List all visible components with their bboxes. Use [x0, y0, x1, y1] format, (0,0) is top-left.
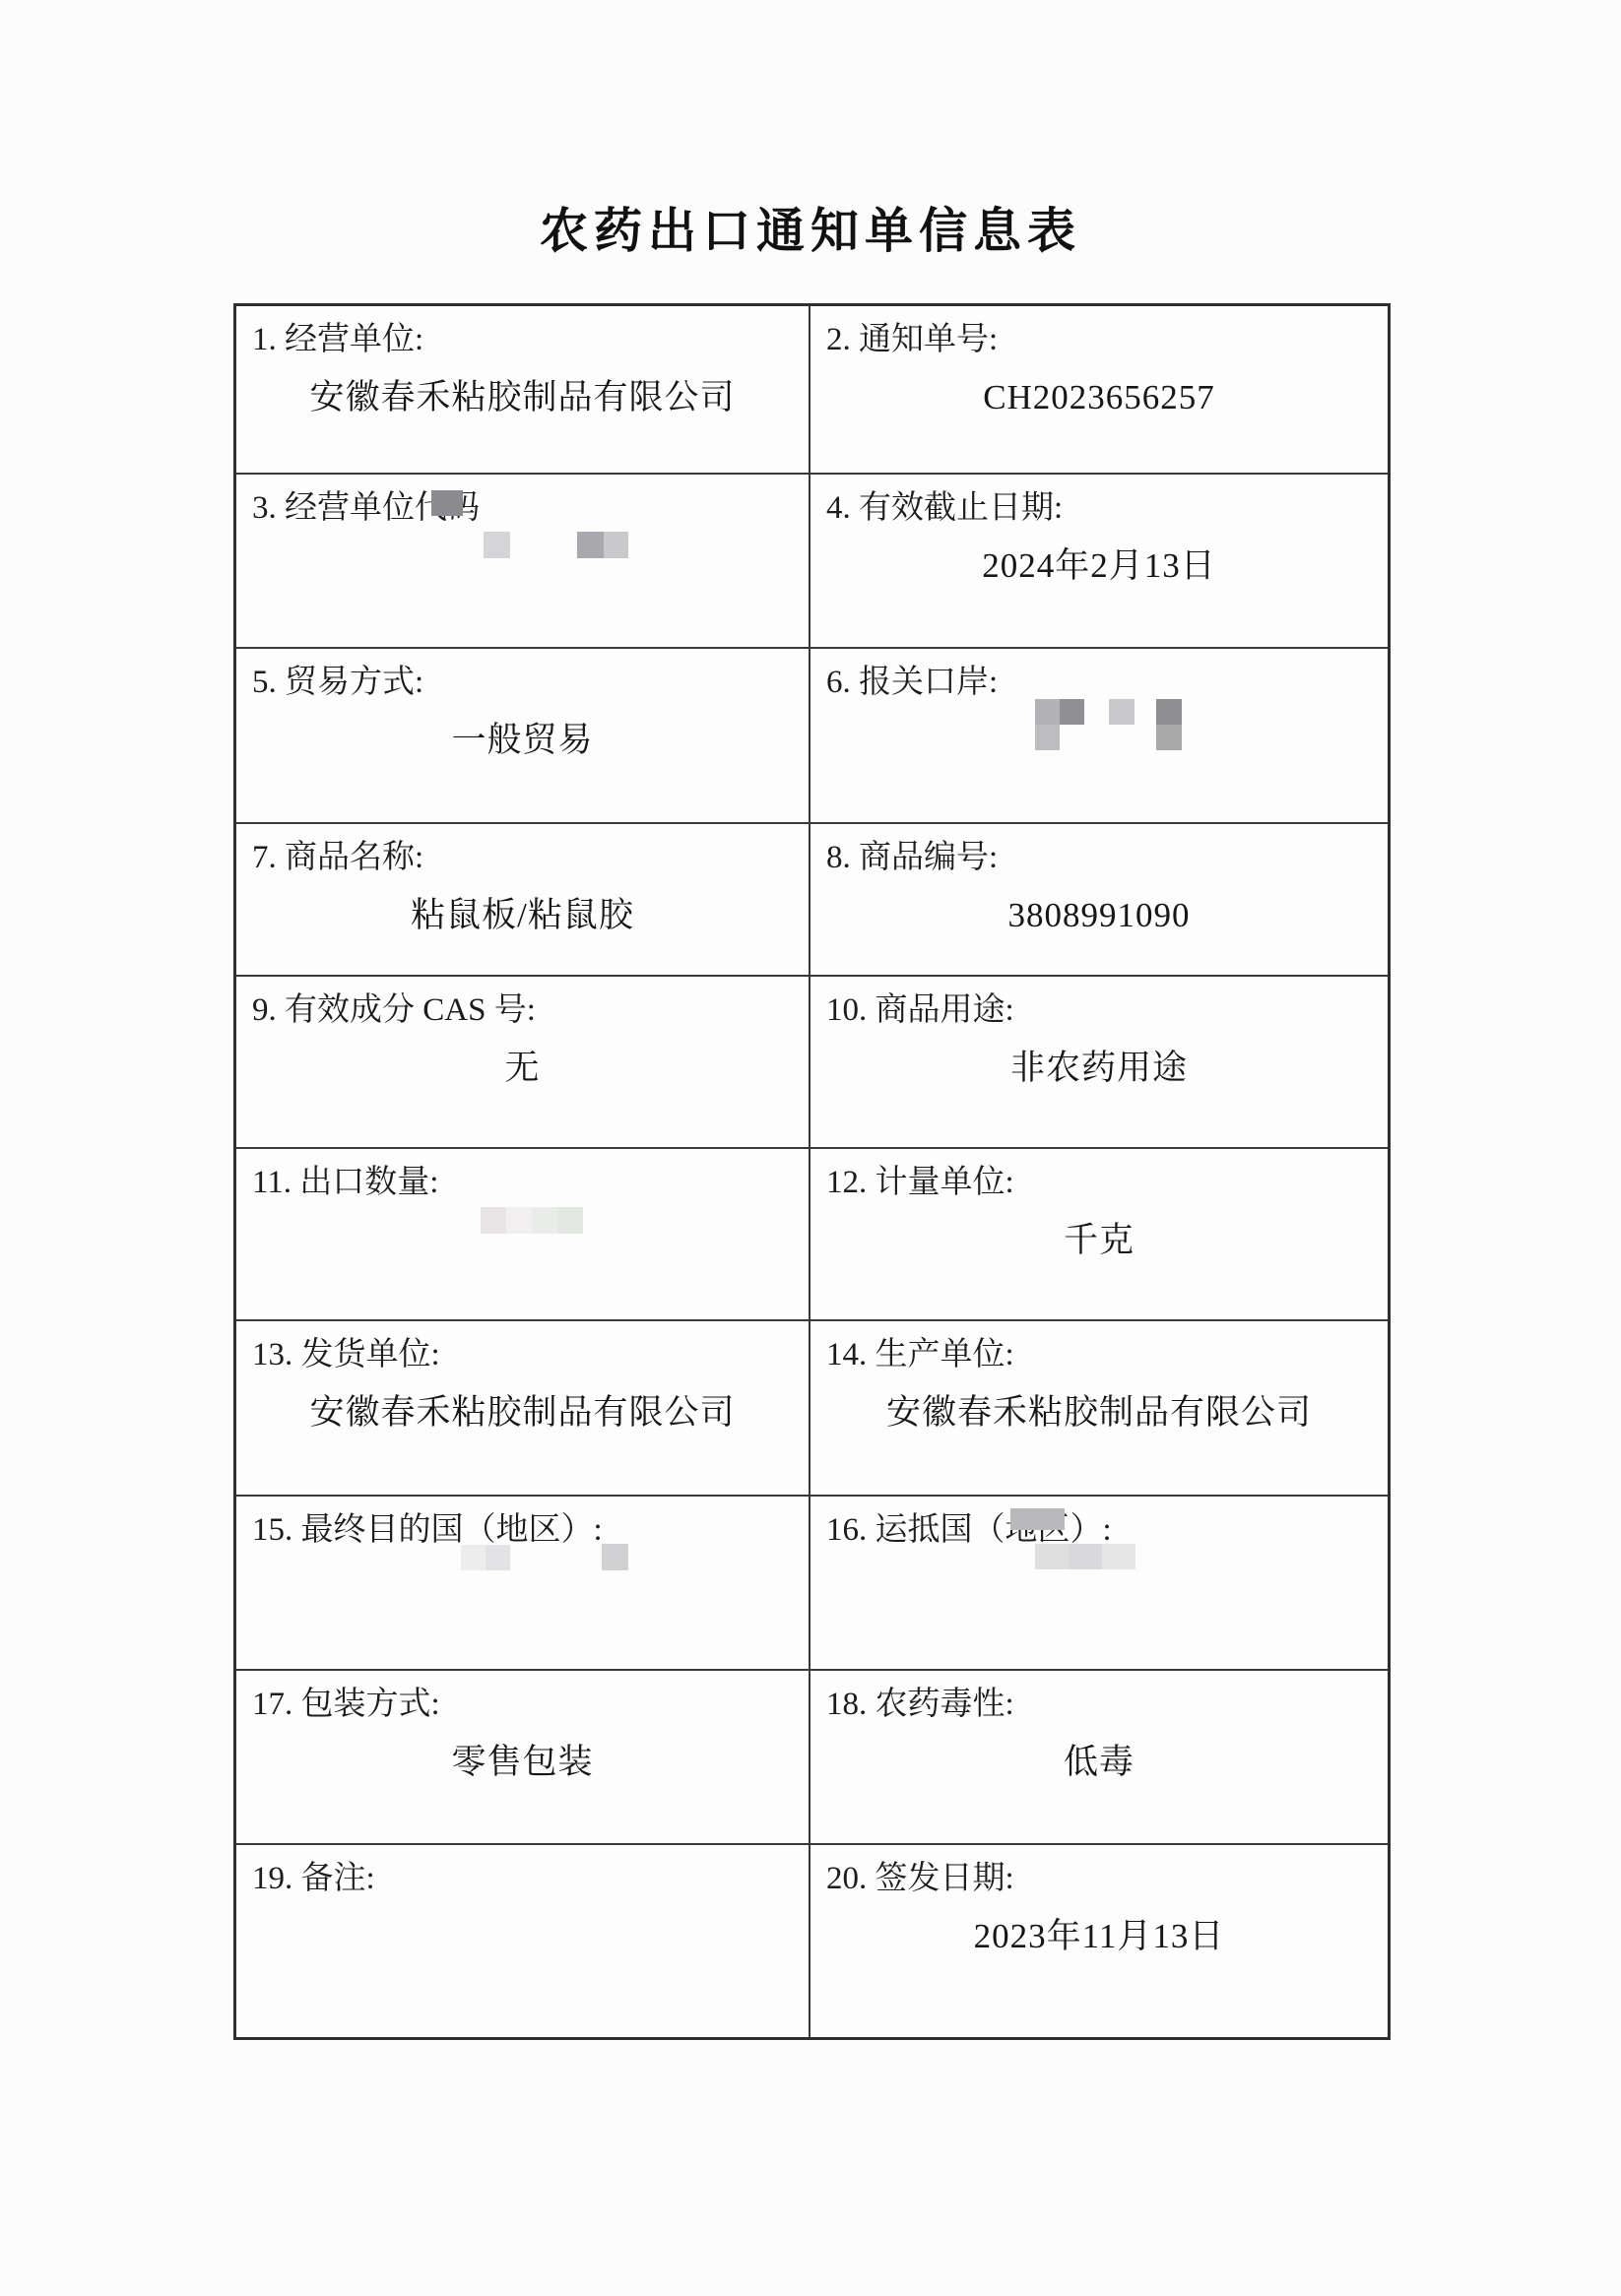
- field-cell-10: 10. 商品用途: 非农药用途: [810, 977, 1388, 1147]
- field-cell-8: 8. 商品编号: 3808991090: [810, 824, 1388, 975]
- field-label: 2. 通知单号:: [826, 318, 1372, 361]
- field-cell-19: 19. 备注:: [236, 1845, 810, 2037]
- field-label: 1. 经营单位:: [252, 318, 793, 361]
- table-row: 11. 出口数量: 12. 计量单位: 千克: [236, 1147, 1388, 1319]
- field-cell-1: 1. 经营单位: 安徽春禾粘胶制品有限公司: [236, 306, 810, 473]
- field-label: 15. 最终目的国（地区）:: [252, 1508, 793, 1552]
- field-cell-13: 13. 发货单位: 安徽春禾粘胶制品有限公司: [236, 1321, 810, 1495]
- field-label: 17. 包装方式:: [252, 1683, 793, 1726]
- field-value: 零售包装: [252, 1740, 793, 1785]
- redaction-blur: [577, 532, 628, 558]
- field-cell-4: 4. 有效截止日期: 2024年2月13日: [810, 475, 1388, 647]
- field-label: 4. 有效截止日期:: [826, 486, 1372, 530]
- table-row: 7. 商品名称: 粘鼠板/粘鼠胶 8. 商品编号: 3808991090: [236, 822, 1388, 975]
- field-value: 非农药用途: [826, 1046, 1372, 1091]
- field-value: 安徽春禾粘胶制品有限公司: [252, 1390, 793, 1435]
- redaction-blur: [602, 1544, 628, 1570]
- field-value: CH2023656257: [826, 375, 1372, 420]
- field-value: 千克: [826, 1218, 1372, 1263]
- redaction-blur: [1035, 699, 1084, 750]
- field-label: 5. 贸易方式:: [252, 661, 793, 704]
- field-value: 2023年11月13日: [826, 1914, 1372, 1959]
- field-label: 10. 商品用途:: [826, 989, 1372, 1032]
- table-row: 3. 经营单位代码 4. 有效截止日期: 2024年2月13日: [236, 473, 1388, 647]
- field-label: 7. 商品名称:: [252, 836, 793, 879]
- redaction-blur: [431, 490, 463, 516]
- field-cell-20: 20. 签发日期: 2023年11月13日: [810, 1845, 1388, 2037]
- field-cell-11: 11. 出口数量:: [236, 1149, 810, 1319]
- redaction-blur: [1156, 699, 1182, 750]
- field-label: 6. 报关口岸:: [826, 661, 1372, 704]
- field-value: 粘鼠板/粘鼠胶: [252, 893, 793, 938]
- field-label: 12. 计量单位:: [826, 1161, 1372, 1204]
- field-label: 13. 发货单位:: [252, 1333, 793, 1376]
- field-value: 安徽春禾粘胶制品有限公司: [826, 1390, 1372, 1435]
- field-label: 14. 生产单位:: [826, 1333, 1372, 1376]
- redaction-blur: [1010, 1508, 1065, 1530]
- field-label: 20. 签发日期:: [826, 1857, 1372, 1900]
- field-label: 18. 农药毒性:: [826, 1683, 1372, 1726]
- document-title: 农药出口通知单信息表: [0, 193, 1621, 262]
- field-value: 一般贸易: [252, 718, 793, 763]
- table-row: 5. 贸易方式: 一般贸易 6. 报关口岸:: [236, 647, 1388, 822]
- field-value: 2024年2月13日: [826, 543, 1372, 589]
- redaction-blur: [481, 1207, 583, 1234]
- field-cell-15: 15. 最终目的国（地区）:: [236, 1497, 810, 1669]
- table-row: 15. 最终目的国（地区）: 16. 运抵国（地区）:: [236, 1495, 1388, 1669]
- field-cell-5: 5. 贸易方式: 一般贸易: [236, 649, 810, 822]
- redaction-blur: [1035, 1544, 1135, 1569]
- field-label: 3. 经营单位代码: [252, 486, 793, 530]
- table-row: 19. 备注: 20. 签发日期: 2023年11月13日: [236, 1843, 1388, 2037]
- field-value: 低毒: [826, 1740, 1372, 1785]
- field-cell-6: 6. 报关口岸:: [810, 649, 1388, 822]
- field-cell-3: 3. 经营单位代码: [236, 475, 810, 647]
- field-label: 11. 出口数量:: [252, 1161, 793, 1204]
- field-label: 8. 商品编号:: [826, 836, 1372, 879]
- field-label: 9. 有效成分 CAS 号:: [252, 989, 793, 1032]
- field-cell-18: 18. 农药毒性: 低毒: [810, 1671, 1388, 1843]
- redaction-blur: [461, 1545, 510, 1570]
- field-cell-14: 14. 生产单位: 安徽春禾粘胶制品有限公司: [810, 1321, 1388, 1495]
- table-row: 1. 经营单位: 安徽春禾粘胶制品有限公司 2. 通知单号: CH2023656…: [236, 306, 1388, 473]
- field-value: 安徽春禾粘胶制品有限公司: [252, 375, 793, 420]
- redaction-blur: [484, 532, 510, 558]
- field-value: 无: [252, 1046, 793, 1091]
- field-cell-16: 16. 运抵国（地区）:: [810, 1497, 1388, 1669]
- document-page: 农药出口通知单信息表 1. 经营单位: 安徽春禾粘胶制品有限公司 2. 通知单号…: [0, 0, 1621, 2296]
- field-cell-17: 17. 包装方式: 零售包装: [236, 1671, 810, 1843]
- field-cell-12: 12. 计量单位: 千克: [810, 1149, 1388, 1319]
- field-cell-2: 2. 通知单号: CH2023656257: [810, 306, 1388, 473]
- field-cell-9: 9. 有效成分 CAS 号: 无: [236, 977, 810, 1147]
- table-row: 17. 包装方式: 零售包装 18. 农药毒性: 低毒: [236, 1669, 1388, 1843]
- table-row: 9. 有效成分 CAS 号: 无 10. 商品用途: 非农药用途: [236, 975, 1388, 1147]
- field-value: 3808991090: [826, 893, 1372, 938]
- notice-table: 1. 经营单位: 安徽春禾粘胶制品有限公司 2. 通知单号: CH2023656…: [233, 303, 1391, 2040]
- table-row: 13. 发货单位: 安徽春禾粘胶制品有限公司 14. 生产单位: 安徽春禾粘胶制…: [236, 1319, 1388, 1495]
- field-cell-7: 7. 商品名称: 粘鼠板/粘鼠胶: [236, 824, 810, 975]
- redaction-blur: [1109, 699, 1135, 725]
- field-label: 19. 备注:: [252, 1857, 793, 1900]
